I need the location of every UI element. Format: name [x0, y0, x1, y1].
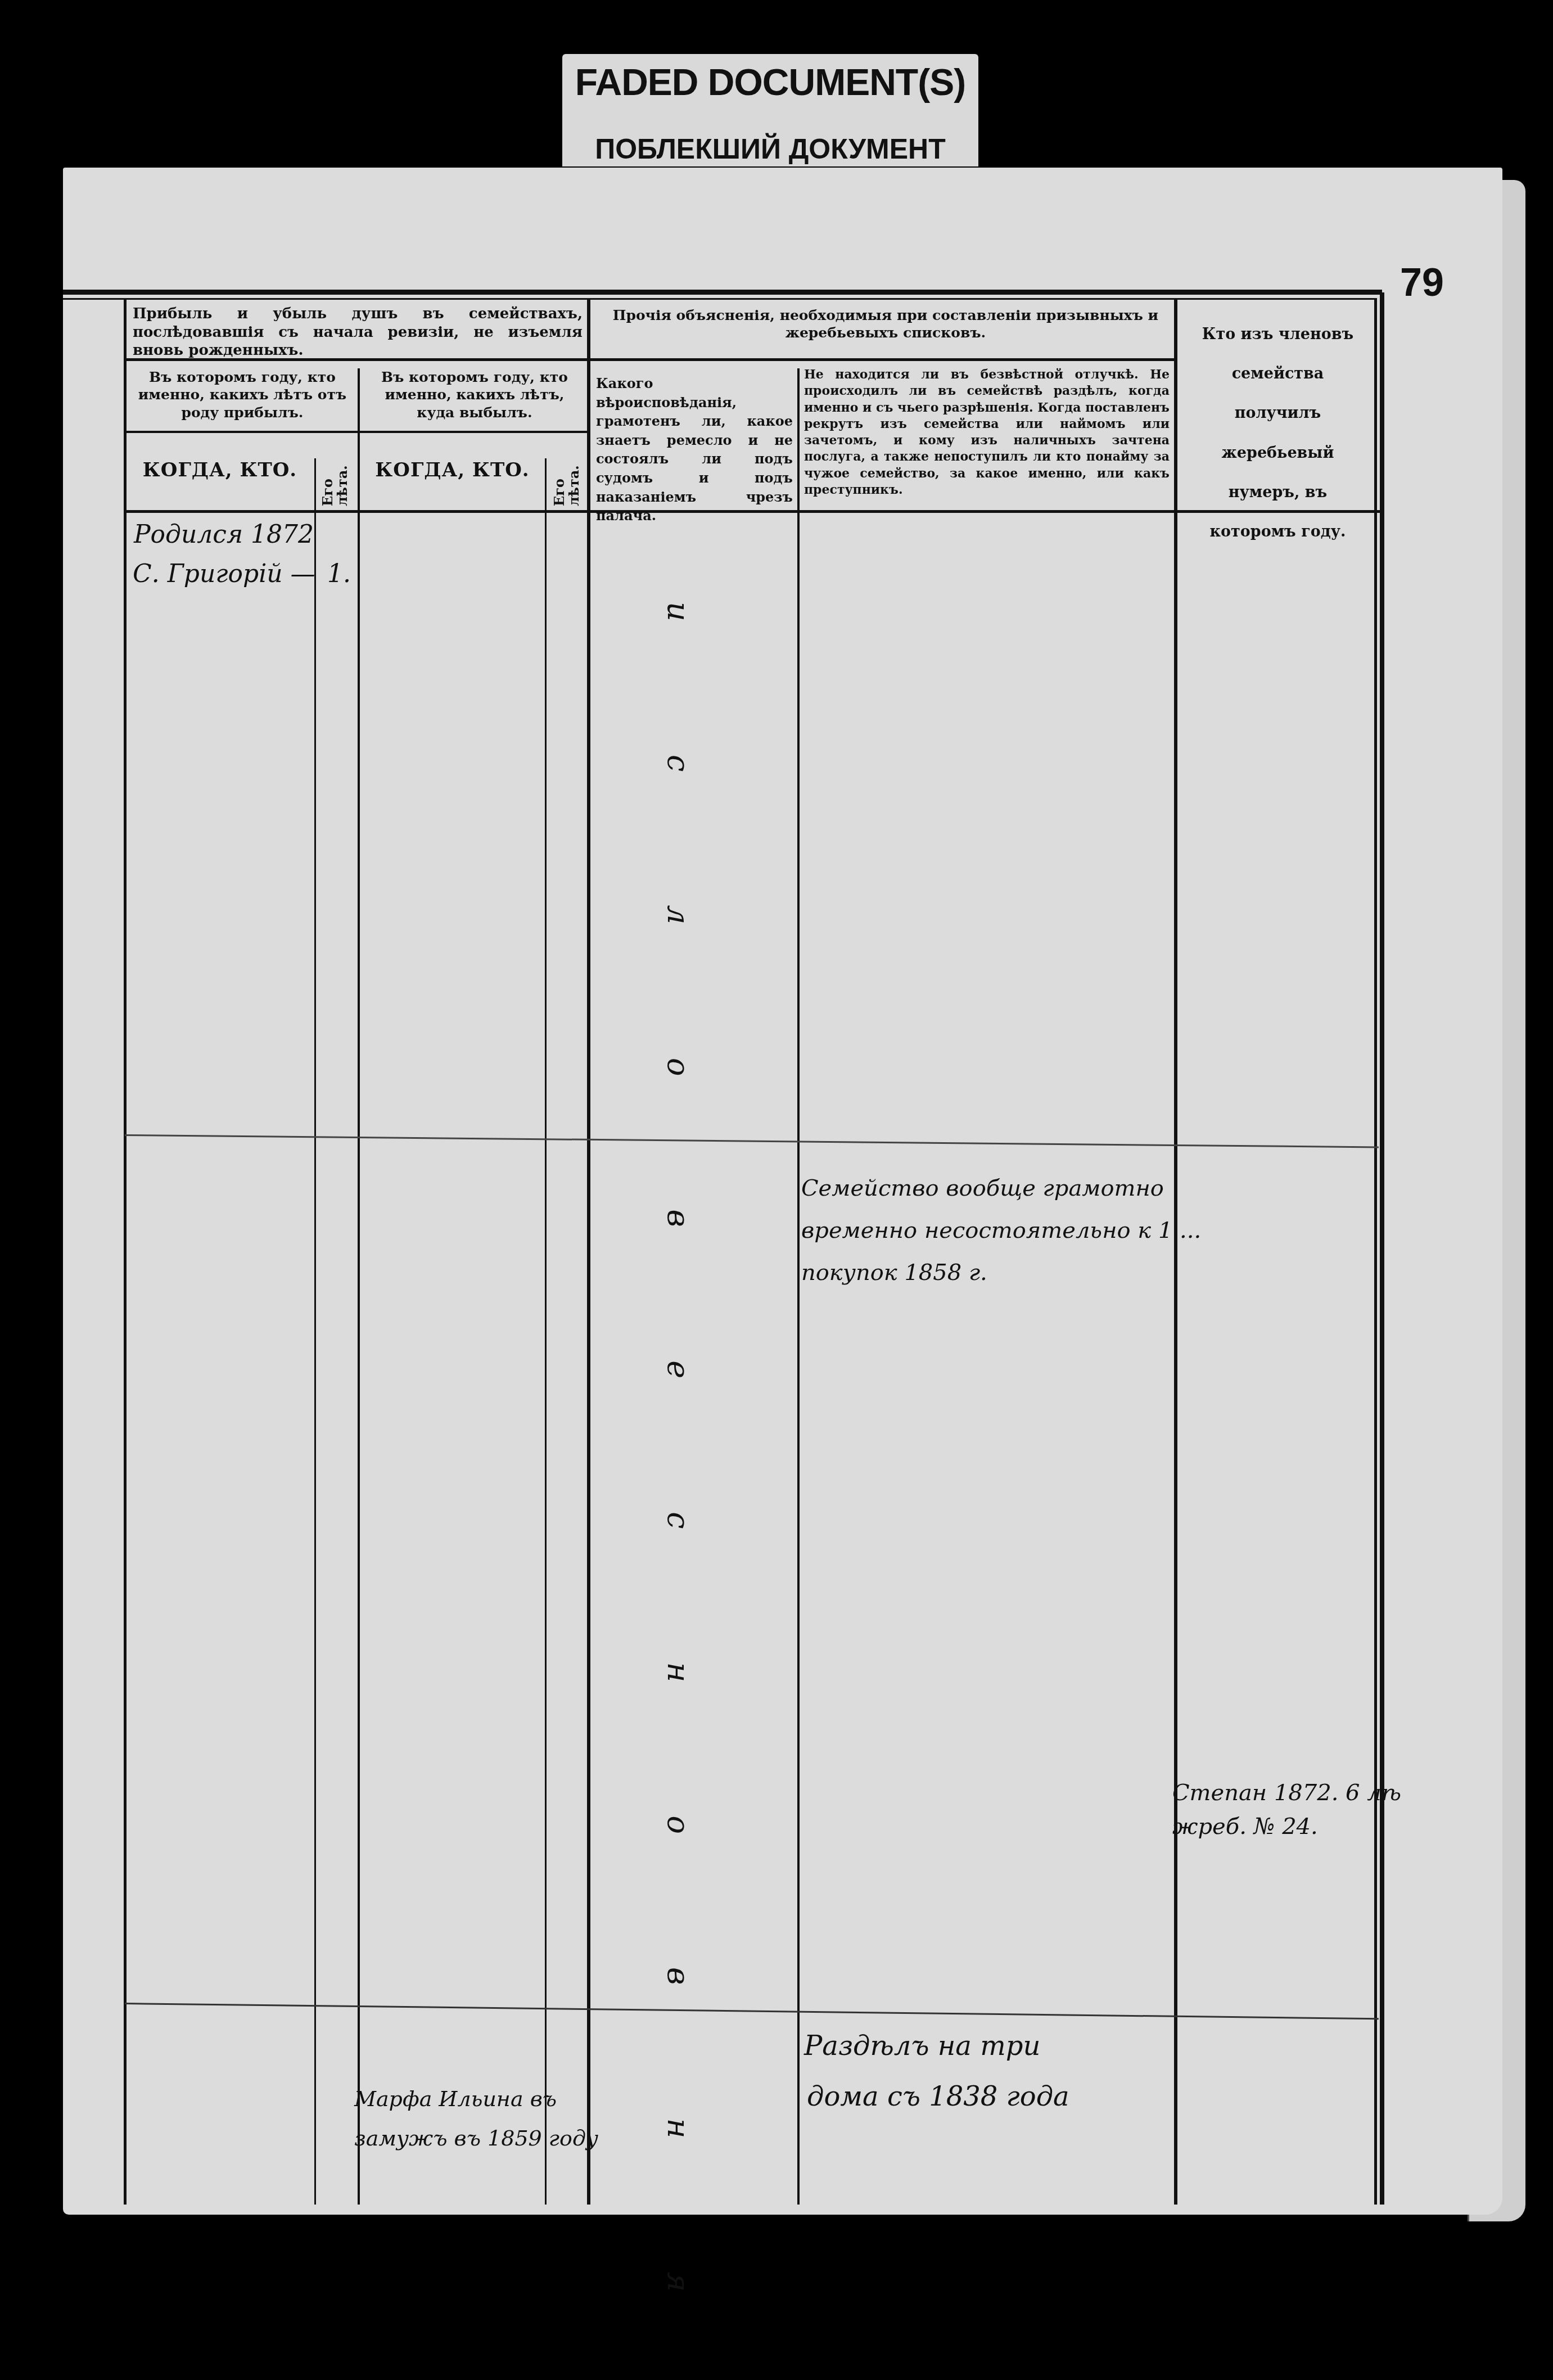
header-age-departed: Его лѣта. [552, 444, 582, 506]
top-rule-thin [63, 298, 1376, 300]
col-line-right-a [1374, 298, 1377, 2205]
col-line-age2 [545, 458, 547, 2205]
header-absence-division: Не находится ли въ безвѣстной отлучкѣ. Н… [804, 367, 1170, 498]
top-rule-thick [63, 290, 1382, 295]
handwritten-vertical-note: и с л о в е с н о в н я [661, 602, 696, 2354]
header-age-arrived: Его лѣта. [320, 444, 350, 506]
page-number: 79 [1400, 260, 1444, 305]
label-english: FADED DOCUMENT(S) [562, 61, 978, 103]
handwritten-division-line2: дома съ 1838 года [807, 2081, 1069, 2112]
col-line-absence [797, 368, 800, 2205]
header-when-who-arrived: КОГДА, КТО. [127, 458, 313, 483]
col-line-right-b [1380, 292, 1384, 2205]
header-other-explanations: Прочія объясненія, необходимыя при соста… [607, 306, 1164, 342]
handwritten-absence-line2: временно несостоятельно к 1 ... [801, 1218, 1201, 1243]
handwritten-lottery-line1: Степан 1872. 6 лѣ [1172, 1780, 1401, 1806]
handwritten-arrived-line2: С. Григорій — [133, 560, 315, 588]
rule-sub1 [125, 431, 358, 433]
header-when-who-departed: КОГДА, КТО. [361, 458, 544, 483]
rule-group2-title [589, 358, 1175, 361]
col-line-left [124, 298, 127, 2205]
handwritten-division-line1: Раздѣлъ на три [804, 2030, 1040, 2062]
rule-sub2 [360, 431, 588, 433]
handwritten-arrived-line1: Родился 1872 [134, 520, 314, 549]
handwritten-lottery-line2: жреб. № 24. [1172, 1814, 1318, 1840]
handwritten-departed-line2: замужъ въ 1859 году [354, 2126, 598, 2151]
handwritten-absence-line1: Семейство вообще грамотно [801, 1175, 1164, 1201]
header-lottery-number: Кто изъ членовъ семейства получилъ жереб… [1186, 315, 1369, 552]
header-religion-literacy: Какого вѣроисповѣданія, грамотенъ ли, ка… [596, 374, 793, 525]
label-russian: ПОБЛЕКШИЙ ДОКУМЕНТ [562, 133, 978, 165]
header-soul-changes: Прибыль и убыль душъ въ семействахъ, пос… [133, 305, 583, 360]
handwritten-absence-line3: покупок 1858 г. [801, 1260, 987, 1286]
header-arrived: Въ которомъ году, кто именно, какихъ лѣт… [132, 368, 353, 421]
header-departed: Въ которомъ году, кто именно, какихъ лѣт… [368, 368, 581, 421]
col-line-group3 [1174, 298, 1177, 2205]
col-line-age1 [314, 458, 316, 2205]
col-line-group2 [587, 298, 590, 2205]
handwritten-departed-line1: Марфа Ильина въ [354, 2086, 557, 2111]
archive-faded-label: FADED DOCUMENT(S) ПОБЛЕКШИЙ ДОКУМЕНТ [562, 54, 978, 166]
handwritten-arrived-age: 1. [327, 560, 351, 588]
col-line-arrived-departed [358, 368, 360, 2205]
